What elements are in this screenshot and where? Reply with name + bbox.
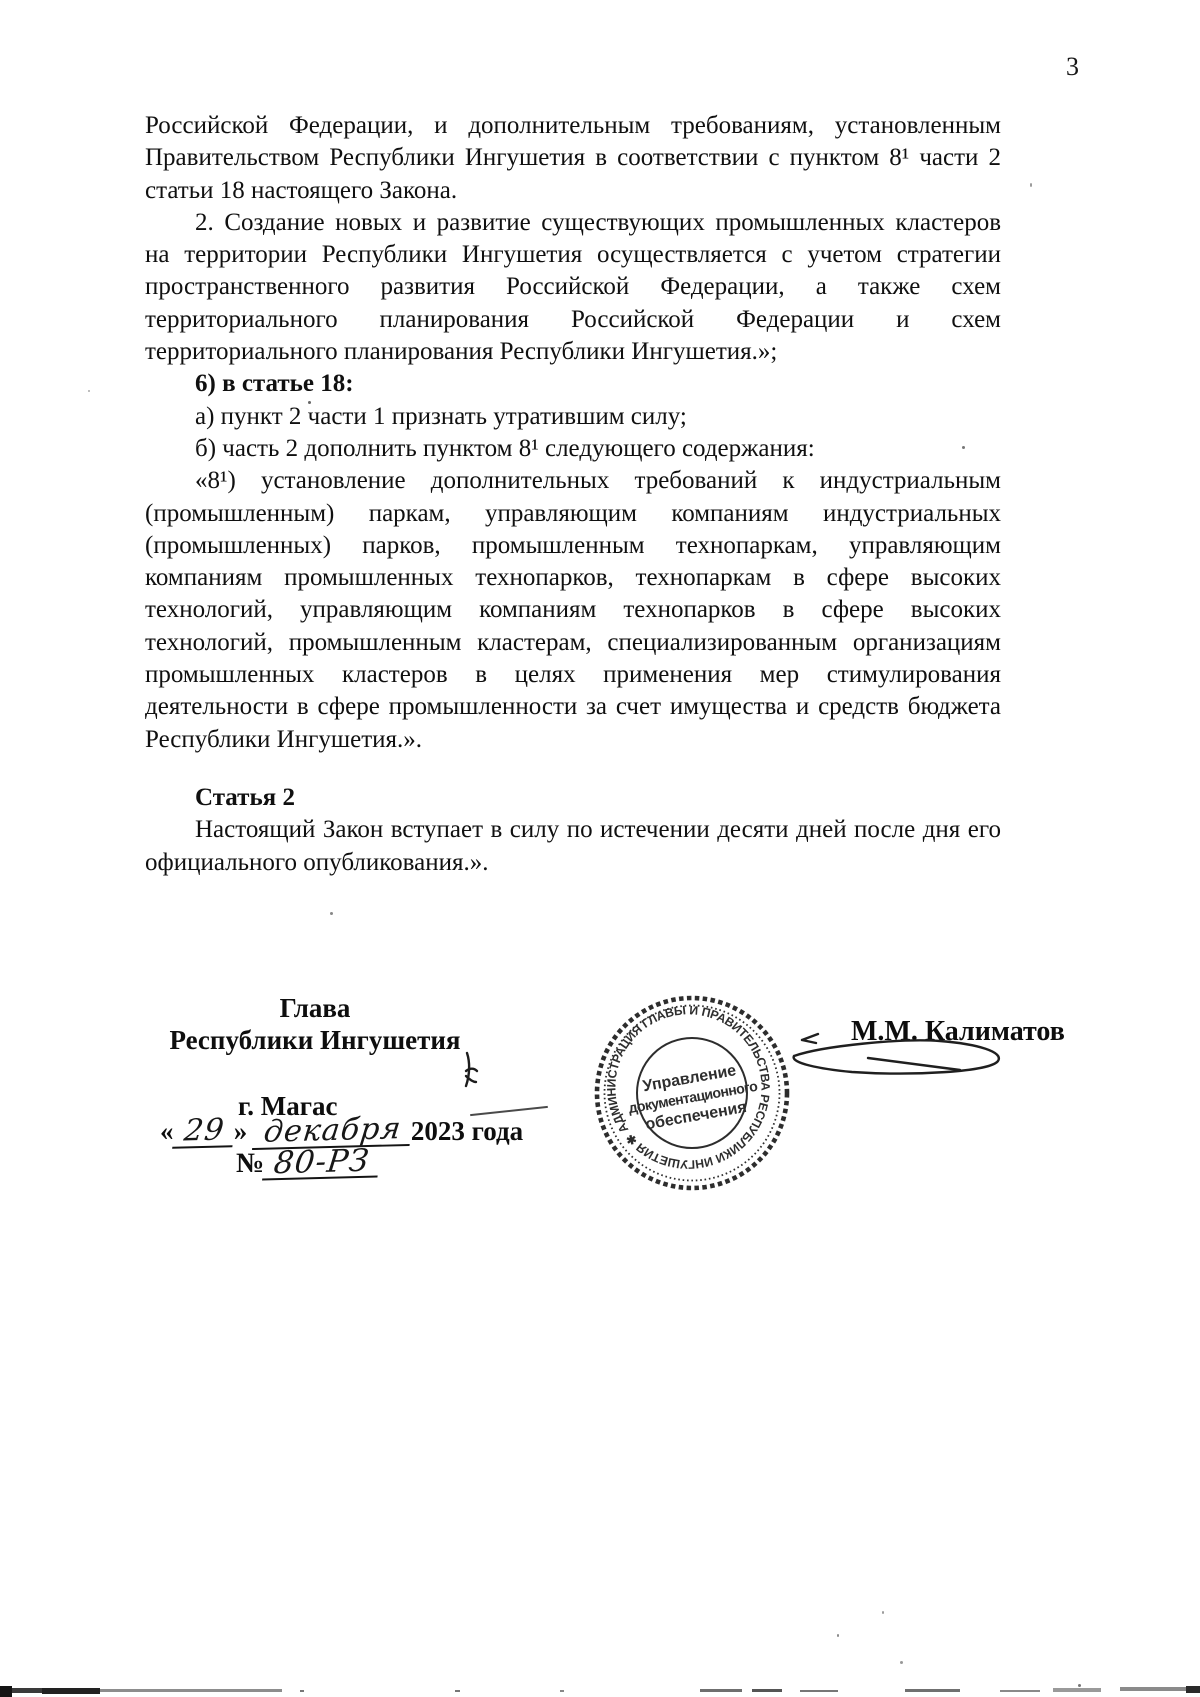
scan-speck <box>900 1661 903 1664</box>
registration-number-handwritten: 80-РЗ <box>262 1146 381 1180</box>
signer-title-line1: Глава <box>150 992 480 1024</box>
scan-artifact <box>1186 1686 1200 1693</box>
scan-speck <box>88 390 90 392</box>
scan-artifact <box>1120 1687 1186 1691</box>
registration-number-line: №80-РЗ <box>236 1148 379 1180</box>
paragraph: Настоящий Закон вступает в силу по истеч… <box>145 814 1001 879</box>
scan-artifact <box>1000 1690 1040 1692</box>
scan-artifact <box>905 1689 960 1692</box>
scan-artifact <box>42 1688 100 1694</box>
scan-speck <box>962 446 965 449</box>
pen-stroke <box>470 1106 548 1116</box>
scan-artifact <box>800 1690 838 1692</box>
scan-speck <box>308 401 311 404</box>
subitem-heading: 6) в статье 18: <box>145 368 1001 400</box>
paragraph: а) пункт 2 части 1 признать утратившим с… <box>145 401 1001 433</box>
scan-artifact <box>100 1689 282 1692</box>
scan-speck <box>882 1611 884 1614</box>
paragraph: Российской Федерации, и дополнительным т… <box>145 110 1001 207</box>
scan-speck <box>1030 183 1032 187</box>
paragraph: 2. Создание новых и развитие существующи… <box>145 207 1001 368</box>
signer-title: Глава Республики Ингушетия <box>150 992 480 1056</box>
scan-artifact <box>752 1689 782 1692</box>
scan-speck <box>837 1634 839 1637</box>
scan-artifact <box>455 1690 460 1692</box>
signer-title-line2: Республики Ингушетия <box>150 1024 480 1056</box>
scan-speck <box>1078 1684 1081 1687</box>
year-printed: 2023 года <box>411 1116 523 1146</box>
scan-artifact <box>560 1690 564 1692</box>
scanned-document-page: 3 Российской Федерации, и дополнительным… <box>0 0 1200 1697</box>
scan-artifact <box>1053 1688 1101 1692</box>
paragraph: «8¹) установление дополнительных требова… <box>145 465 1001 756</box>
page-number: 3 <box>1066 52 1079 82</box>
scan-artifact <box>300 1690 304 1692</box>
open-quote: « <box>160 1116 174 1146</box>
article-heading: Статья 2 <box>145 782 1001 814</box>
official-stamp: АДМИНИСТРАЦИЯ ГЛАВЫ И ПРАВИТЕЛЬСТВА РЕСП… <box>592 993 792 1193</box>
day-handwritten: 29 <box>172 1116 236 1149</box>
paragraph: б) часть 2 дополнить пунктом 8¹ следующе… <box>145 433 1001 465</box>
ink-tick-mark <box>456 1050 482 1092</box>
close-quote: » <box>234 1116 248 1146</box>
signature-scribble <box>782 1008 1022 1088</box>
document-text-block: Российской Федерации, и дополнительным т… <box>145 110 1001 879</box>
number-sign: № <box>236 1148 264 1179</box>
scan-artifact <box>0 1686 12 1697</box>
scan-speck <box>330 912 333 915</box>
scan-artifact <box>700 1689 742 1692</box>
